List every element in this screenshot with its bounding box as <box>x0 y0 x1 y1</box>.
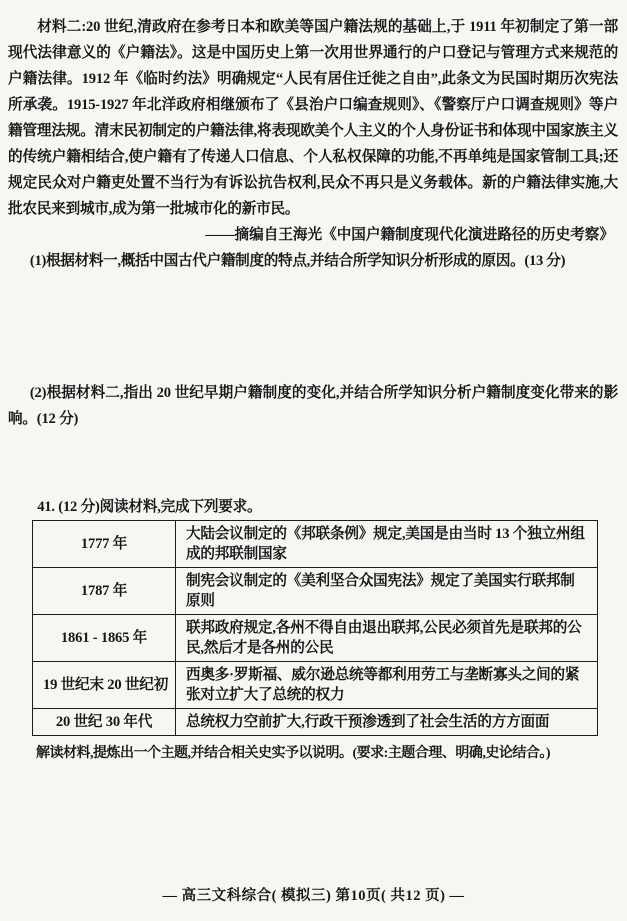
page-footer: — 高三文科综合( 模拟三) 第10页( 共12 页) — <box>0 884 627 905</box>
question-41-stem: 41. (12 分)阅读材料,完成下列要求。 <box>8 494 618 520</box>
event-cell: 西奥多·罗斯福、威尔逊总统等都利用劳工与垄断寡头之间的紧张对立扩大了总统的权力 <box>176 662 598 709</box>
question-2: (2)根据材料二,指出 20 世纪早期户籍制度的变化,并结合所学知识分析户籍制度… <box>8 380 618 432</box>
period-cell: 19 世纪末 20 世纪初 <box>33 662 176 709</box>
event-cell: 大陆会议制定的《邦联条例》规定,美国是由当时 13 个独立州组成的邦联制国家 <box>176 521 598 568</box>
question-41-instruction: 解读材料,提炼出一个主题,并结合相关史实予以说明。(要求:主题合理、明确,史论结… <box>8 742 618 766</box>
table-row: 20 世纪 30 年代 总统权力空前扩大,行政干预渗透到了社会生活的方方面面 <box>33 709 598 736</box>
period-cell: 20 世纪 30 年代 <box>33 709 176 736</box>
period-cell: 1861 - 1865 年 <box>33 615 176 662</box>
table-row: 1787 年 制宪会议制定的《美利坚合众国宪法》规定了美国实行联邦制原则 <box>33 568 598 615</box>
period-cell: 1787 年 <box>33 568 176 615</box>
event-cell: 总统权力空前扩大,行政干预渗透到了社会生活的方方面面 <box>176 709 598 736</box>
material2-paragraph: 材料二:20 世纪,清政府在参考日本和欧美等国户籍法规的基础上,于 1911 年… <box>8 14 618 222</box>
event-cell: 制宪会议制定的《美利坚合众国宪法》规定了美国实行联邦制原则 <box>176 568 598 615</box>
question-1: (1)根据材料一,概括中国古代户籍制度的特点,并结合所学知识分析形成的原因。(1… <box>8 248 618 274</box>
table-row: 1861 - 1865 年 联邦政府规定,各州不得自由退出联邦,公民必须首先是联… <box>33 615 598 662</box>
material2-citation: ——摘编自王海光《中国户籍制度现代化演进路径的历史考察》 <box>8 222 618 248</box>
question-41-table: 1777 年 大陆会议制定的《邦联条例》规定,美国是由当时 13 个独立州组成的… <box>32 520 598 736</box>
exam-page: 材料二:20 世纪,清政府在参考日本和欧美等国户籍法规的基础上,于 1911 年… <box>0 0 627 921</box>
table-row: 19 世纪末 20 世纪初 西奥多·罗斯福、威尔逊总统等都利用劳工与垄断寡头之间… <box>33 662 598 709</box>
event-cell: 联邦政府规定,各州不得自由退出联邦,公民必须首先是联邦的公民,然后才是各州的公民 <box>176 615 598 662</box>
table-row: 1777 年 大陆会议制定的《邦联条例》规定,美国是由当时 13 个独立州组成的… <box>33 521 598 568</box>
period-cell: 1777 年 <box>33 521 176 568</box>
